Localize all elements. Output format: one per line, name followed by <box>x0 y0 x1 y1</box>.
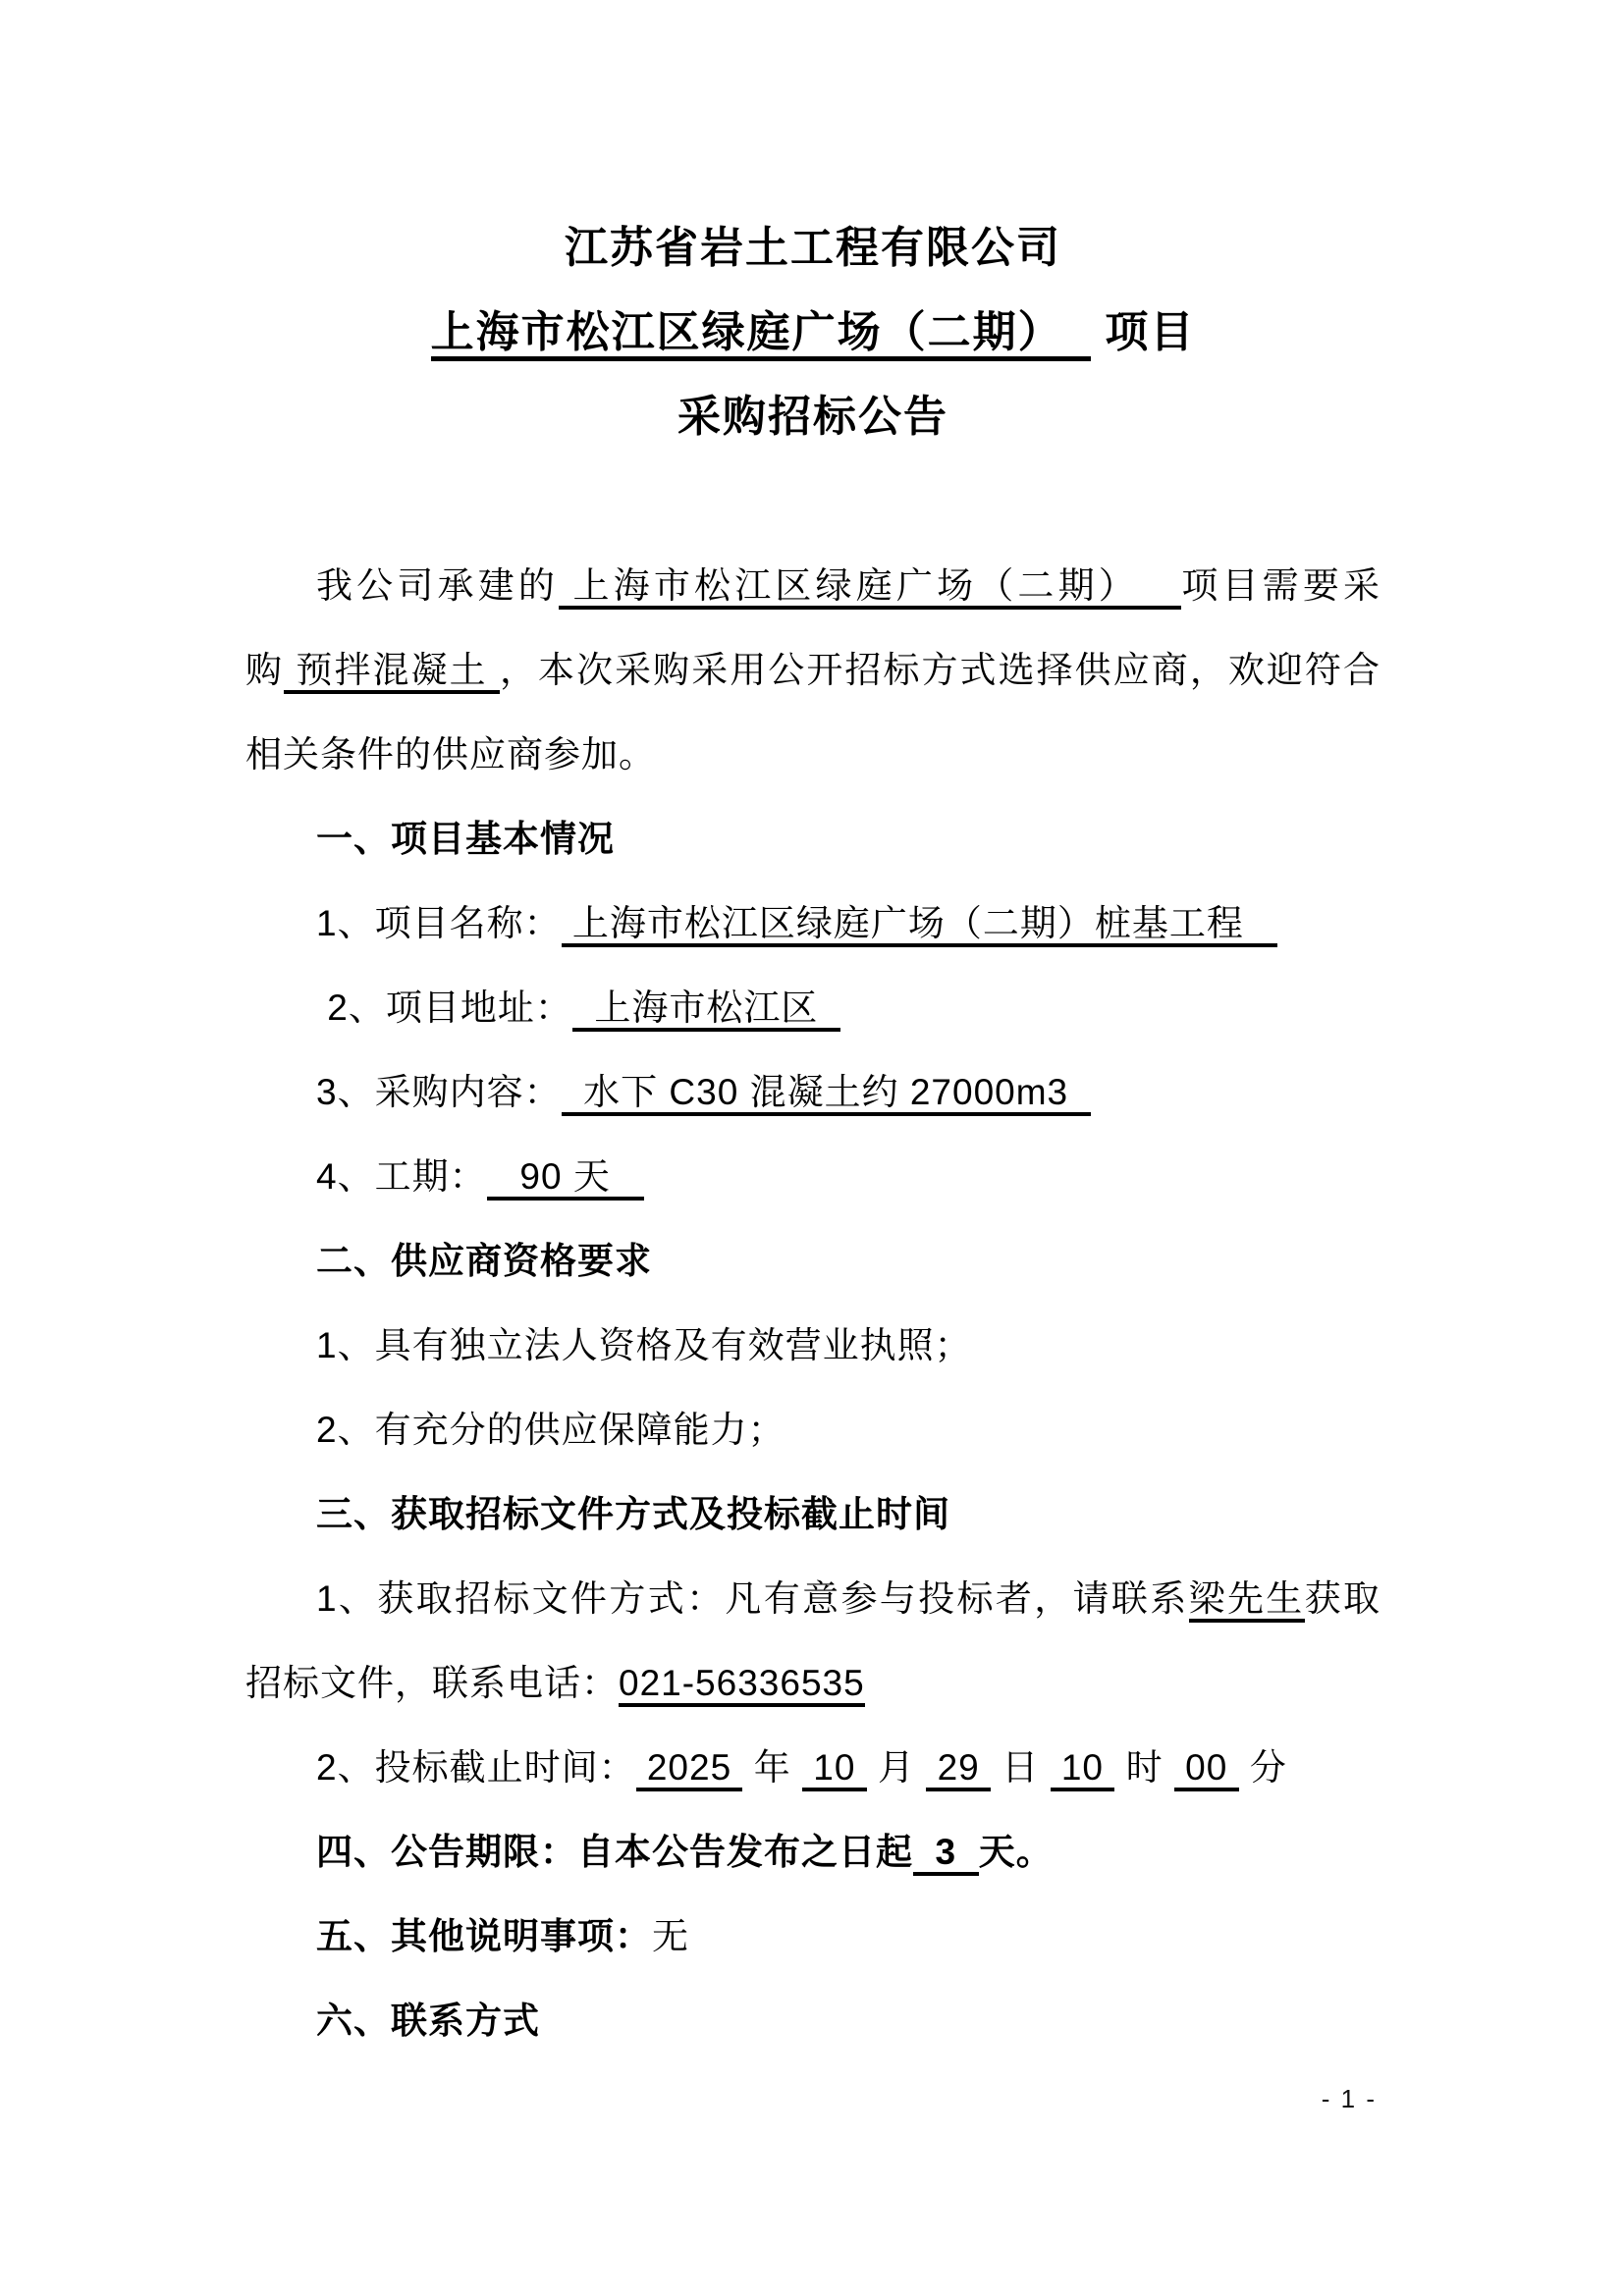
underlined-value: 10 <box>1051 1747 1115 1791</box>
document-page: 江苏省岩土工程有限公司上海市松江区绿庭广场（二期） 项目采购招标公告我公司承建的… <box>0 0 1624 2296</box>
text-segment: 相关条件的供应商参加。 <box>245 734 656 774</box>
text-segment: 年 <box>742 1747 802 1788</box>
text-segment: 三、获取招标文件方式及投标截止时间 <box>316 1494 950 1534</box>
underlined-value: 29 <box>926 1747 991 1791</box>
duration-line: 4、工期： 90 天 <box>245 1135 1380 1219</box>
obtain-docs-line-2: 招标文件，联系电话：021-56336535 <box>245 1641 1380 1726</box>
underlined-value: 2025 <box>636 1747 743 1791</box>
text-segment: 时 <box>1114 1747 1174 1788</box>
doc-title-company: 江苏省岩土工程有限公司 <box>245 206 1380 291</box>
text-segment: 1、获取招标文件方式：凡有意参与投标者，请联系 <box>316 1578 1189 1619</box>
text-segment: 项目 <box>1091 308 1195 356</box>
text-segment: 3、采购内容： <box>316 1072 562 1112</box>
text-segment: 五、其他说明事项： <box>316 1916 652 1956</box>
text-segment: 4、工期： <box>316 1156 487 1197</box>
underlined-value: 上海市松江区 <box>572 988 840 1032</box>
deadline-line: 2、投标截止时间： 2025 年 10 月 29 日 10 时 00 分 <box>245 1726 1380 1810</box>
underlined-value: 00 <box>1174 1747 1239 1791</box>
text-segment: 四、公告期限：自本公告发布之日起 <box>316 1832 913 1872</box>
underlined-value: 梁先生 <box>1189 1578 1305 1623</box>
intro-line-2: 购 预拌混凝土 ，本次采购采用公开招标方式选择供应商，欢迎符合 <box>245 628 1380 713</box>
text-segment: 1、具有独立法人资格及有效营业执照； <box>316 1325 972 1365</box>
underlined-value: 90 天 <box>487 1156 644 1201</box>
section-5-heading: 五、其他说明事项：无 <box>245 1895 1380 1979</box>
doc-title-announcement: 采购招标公告 <box>245 375 1380 459</box>
text-segment: 无 <box>652 1916 689 1956</box>
underlined-value: 021-56336535 <box>619 1663 865 1707</box>
text-segment: 江苏省岩土工程有限公司 <box>565 224 1061 272</box>
underlined-value: 10 <box>802 1747 867 1791</box>
doc-title-project: 上海市松江区绿庭广场（二期） 项目 <box>245 291 1380 375</box>
text-segment: 二、供应商资格要求 <box>316 1241 652 1281</box>
intro-line-3: 相关条件的供应商参加。 <box>245 713 1380 797</box>
text-segment: 招标文件，联系电话： <box>245 1663 619 1703</box>
text-segment: 我公司承建的 <box>316 565 559 606</box>
intro-line-1: 我公司承建的 上海市松江区绿庭广场（二期） 项目需要采 <box>245 544 1380 628</box>
page-number: - 1 - <box>1322 2079 1377 2118</box>
text-segment: 项目需要采 <box>1181 565 1380 606</box>
section-3-heading: 三、获取招标文件方式及投标截止时间 <box>245 1472 1380 1557</box>
section-2-heading: 二、供应商资格要求 <box>245 1219 1380 1304</box>
text-segment: 月 <box>867 1747 927 1788</box>
section-4-heading: 四、公告期限：自本公告发布之日起 3 天。 <box>245 1810 1380 1895</box>
text-segment: 1、项目名称： <box>316 903 562 943</box>
qualification-line-2: 2、有充分的供应保障能力； <box>245 1388 1380 1472</box>
section-1-heading: 一、项目基本情况 <box>245 797 1380 881</box>
text-segment: 一、项目基本情况 <box>316 819 615 859</box>
section-6-heading: 六、联系方式 <box>245 1979 1380 2063</box>
text-segment: 日 <box>991 1747 1051 1788</box>
underlined-value: 上海市松江区绿庭广场（二期） <box>559 565 1181 610</box>
text-segment: 获取 <box>1305 1578 1380 1619</box>
underlined-value: 上海市松江区绿庭广场（二期）桩基工程 <box>562 903 1277 947</box>
blank-line <box>245 459 1380 544</box>
text-segment: ，本次采购采用公开招标方式选择供应商，欢迎符合 <box>500 650 1380 690</box>
underlined-value: 3 <box>913 1832 979 1876</box>
underlined-value: 上海市松江区绿庭广场（二期） <box>431 308 1091 361</box>
text-segment: 2、投标截止时间： <box>316 1747 636 1788</box>
text-segment: 2、有充分的供应保障能力； <box>316 1410 785 1450</box>
project-name-line: 1、项目名称： 上海市松江区绿庭广场（二期）桩基工程 <box>245 881 1380 966</box>
underlined-value: 水下 C30 混凝土约 27000m3 <box>562 1072 1091 1116</box>
document-body: 江苏省岩土工程有限公司上海市松江区绿庭广场（二期） 项目采购招标公告我公司承建的… <box>245 206 1380 2063</box>
underlined-value: 预拌混凝土 <box>284 650 500 694</box>
obtain-docs-line-1: 1、获取招标文件方式：凡有意参与投标者，请联系梁先生获取 <box>245 1557 1380 1641</box>
text-segment: 2、项目地址： <box>316 988 572 1028</box>
procurement-content-line: 3、采购内容： 水下 C30 混凝土约 27000m3 <box>245 1050 1380 1135</box>
text-segment: 购 <box>245 650 284 690</box>
text-segment: 采购招标公告 <box>677 393 948 441</box>
text-segment: 分 <box>1239 1747 1287 1788</box>
text-segment: 六、联系方式 <box>316 2001 540 2041</box>
project-address-line: 2、项目地址： 上海市松江区 <box>245 966 1380 1050</box>
text-segment: 天。 <box>979 1832 1054 1872</box>
qualification-line-1: 1、具有独立法人资格及有效营业执照； <box>245 1304 1380 1388</box>
